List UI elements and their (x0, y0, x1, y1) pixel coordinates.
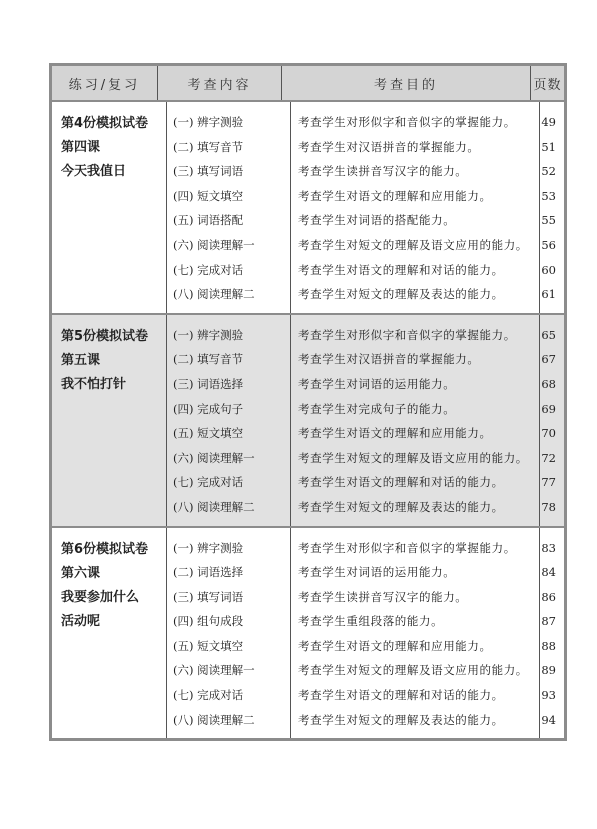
lesson-title-cell: 第5份模拟试卷第五课我不怕打针 (52, 315, 167, 526)
test-purpose-cell: 考查学生对语文的理解和对话的能力。 (291, 683, 539, 708)
test-purpose-cell: 考查学生对词语的搭配能力。 (291, 208, 539, 233)
page-number-cell: 61 (540, 282, 564, 307)
table-section-2: 第5份模拟试卷第五课我不怕打针(一) 辨字测验(二) 填写音节(三) 词语选择(… (52, 315, 564, 528)
test-content-cell: (三) 词语选择 (167, 372, 290, 397)
test-content-cell: (七) 完成对话 (167, 683, 290, 708)
page-number-cell: 69 (540, 397, 564, 422)
test-content-cell: (五) 短文填空 (167, 634, 290, 659)
test-purpose-cell: 考查学生对语文的理解和对话的能力。 (291, 470, 539, 495)
header-page-number: 页数 (531, 66, 564, 100)
page-number-cell: 55 (540, 208, 564, 233)
lesson-title-line: 第6份模拟试卷 (61, 538, 166, 562)
test-purpose-column: 考查学生对形似字和音似字的掌握能力。考查学生对词语的运用能力。考查学生读拼音写汉… (291, 528, 540, 739)
test-purpose-cell: 考查学生对词语的运用能力。 (291, 560, 539, 585)
lesson-title-line: 第4份模拟试卷 (61, 112, 166, 136)
page-number-column: 6567686970727778 (540, 315, 564, 526)
page-number-cell: 77 (540, 470, 564, 495)
page-number-cell: 65 (540, 323, 564, 348)
page-number-cell: 87 (540, 609, 564, 634)
test-content-cell: (一) 辨字测验 (167, 323, 290, 348)
page-number-cell: 72 (540, 446, 564, 471)
page-number-cell: 70 (540, 421, 564, 446)
page-number-cell: 51 (540, 135, 564, 160)
test-content-cell: (七) 完成对话 (167, 470, 290, 495)
test-purpose-cell: 考查学生对短文的理解及语文应用的能力。 (291, 658, 539, 683)
table-header-row: 练习/复习 考查内容 考查目的 页数 (52, 66, 564, 102)
lesson-title-line: 我不怕打针 (61, 373, 166, 397)
test-purpose-cell: 考查学生对词语的运用能力。 (291, 372, 539, 397)
test-content-cell: (七) 完成对话 (167, 258, 290, 283)
page-number-column: 4951525355566061 (540, 102, 564, 313)
test-purpose-cell: 考查学生对汉语拼音的掌握能力。 (291, 347, 539, 372)
test-content-cell: (二) 词语选择 (167, 560, 290, 585)
lesson-title-cell: 第6份模拟试卷第六课我要参加什么活动呢 (52, 528, 167, 739)
page-number-cell: 67 (540, 347, 564, 372)
syllabus-table: 练习/复习 考查内容 考查目的 页数 第4份模拟试卷第四课今天我值日(一) 辨字… (49, 63, 567, 741)
test-purpose-cell: 考查学生对语文的理解和应用能力。 (291, 634, 539, 659)
test-purpose-cell: 考查学生对短文的理解及表达的能力。 (291, 708, 539, 733)
test-content-cell: (一) 辨字测验 (167, 536, 290, 561)
test-purpose-cell: 考查学生对短文的理解及表达的能力。 (291, 282, 539, 307)
test-purpose-cell: 考查学生对短文的理解及语文应用的能力。 (291, 233, 539, 258)
page-number-cell: 60 (540, 258, 564, 283)
page-number-cell: 56 (540, 233, 564, 258)
test-content-column: (一) 辨字测验(二) 填写音节(三) 词语选择(四) 完成句子(五) 短文填空… (167, 315, 291, 526)
test-content-cell: (八) 阅读理解二 (167, 708, 290, 733)
test-purpose-cell: 考查学生重组段落的能力。 (291, 609, 539, 634)
test-content-cell: (五) 词语搭配 (167, 208, 290, 233)
test-purpose-cell: 考查学生对汉语拼音的掌握能力。 (291, 135, 539, 160)
page-number-cell: 93 (540, 683, 564, 708)
test-purpose-cell: 考查学生对形似字和音似字的掌握能力。 (291, 110, 539, 135)
test-content-cell: (二) 填写音节 (167, 347, 290, 372)
page-number-cell: 88 (540, 634, 564, 659)
lesson-title-cell: 第4份模拟试卷第四课今天我值日 (52, 102, 167, 313)
test-content-cell: (三) 填写词语 (167, 159, 290, 184)
page-number-cell: 68 (540, 372, 564, 397)
page-number-cell: 86 (540, 585, 564, 610)
test-content-cell: (四) 组句成段 (167, 609, 290, 634)
header-test-content: 考查内容 (158, 66, 282, 100)
test-purpose-column: 考查学生对形似字和音似字的掌握能力。考查学生对汉语拼音的掌握能力。考查学生读拼音… (291, 102, 540, 313)
test-purpose-cell: 考查学生对短文的理解及表达的能力。 (291, 495, 539, 520)
test-content-cell: (三) 填写词语 (167, 585, 290, 610)
page-number-cell: 89 (540, 658, 564, 683)
header-practice-review: 练习/复习 (52, 66, 158, 100)
page-number-column: 8384868788899394 (540, 528, 564, 739)
test-content-cell: (四) 短文填空 (167, 184, 290, 209)
test-content-column: (一) 辨字测验(二) 词语选择(三) 填写词语(四) 组句成段(五) 短文填空… (167, 528, 291, 739)
page-number-cell: 83 (540, 536, 564, 561)
test-purpose-cell: 考查学生对完成句子的能力。 (291, 397, 539, 422)
page-number-cell: 94 (540, 708, 564, 733)
page-number-cell: 52 (540, 159, 564, 184)
table-section-3: 第6份模拟试卷第六课我要参加什么活动呢(一) 辨字测验(二) 词语选择(三) 填… (52, 528, 564, 739)
test-content-column: (一) 辨字测验(二) 填写音节(三) 填写词语(四) 短文填空(五) 词语搭配… (167, 102, 291, 313)
test-purpose-cell: 考查学生对语文的理解和对话的能力。 (291, 258, 539, 283)
lesson-title-line: 第四课 (61, 136, 166, 160)
header-test-purpose: 考查目的 (282, 66, 531, 100)
test-purpose-cell: 考查学生对语文的理解和应用能力。 (291, 421, 539, 446)
page-number-cell: 84 (540, 560, 564, 585)
test-purpose-column: 考查学生对形似字和音似字的掌握能力。考查学生对汉语拼音的掌握能力。考查学生对词语… (291, 315, 540, 526)
test-content-cell: (六) 阅读理解一 (167, 233, 290, 258)
lesson-title-line: 活动呢 (61, 610, 166, 634)
lesson-title-line: 我要参加什么 (61, 586, 166, 610)
page-number-cell: 78 (540, 495, 564, 520)
test-content-cell: (四) 完成句子 (167, 397, 290, 422)
page-number-cell: 53 (540, 184, 564, 209)
lesson-title-line: 第六课 (61, 562, 166, 586)
page-number-cell: 49 (540, 110, 564, 135)
test-content-cell: (八) 阅读理解二 (167, 495, 290, 520)
table-section-1: 第4份模拟试卷第四课今天我值日(一) 辨字测验(二) 填写音节(三) 填写词语(… (52, 102, 564, 315)
test-purpose-cell: 考查学生对短文的理解及语文应用的能力。 (291, 446, 539, 471)
test-content-cell: (一) 辨字测验 (167, 110, 290, 135)
test-purpose-cell: 考查学生读拼音写汉字的能力。 (291, 159, 539, 184)
test-purpose-cell: 考查学生读拼音写汉字的能力。 (291, 585, 539, 610)
test-purpose-cell: 考查学生对语文的理解和应用能力。 (291, 184, 539, 209)
test-content-cell: (六) 阅读理解一 (167, 658, 290, 683)
test-content-cell: (五) 短文填空 (167, 421, 290, 446)
lesson-title-line: 第5份模拟试卷 (61, 325, 166, 349)
table-body: 第4份模拟试卷第四课今天我值日(一) 辨字测验(二) 填写音节(三) 填写词语(… (52, 102, 564, 738)
test-content-cell: (二) 填写音节 (167, 135, 290, 160)
lesson-title-line: 今天我值日 (61, 160, 166, 184)
test-purpose-cell: 考查学生对形似字和音似字的掌握能力。 (291, 323, 539, 348)
test-content-cell: (六) 阅读理解一 (167, 446, 290, 471)
test-purpose-cell: 考查学生对形似字和音似字的掌握能力。 (291, 536, 539, 561)
test-content-cell: (八) 阅读理解二 (167, 282, 290, 307)
lesson-title-line: 第五课 (61, 349, 166, 373)
